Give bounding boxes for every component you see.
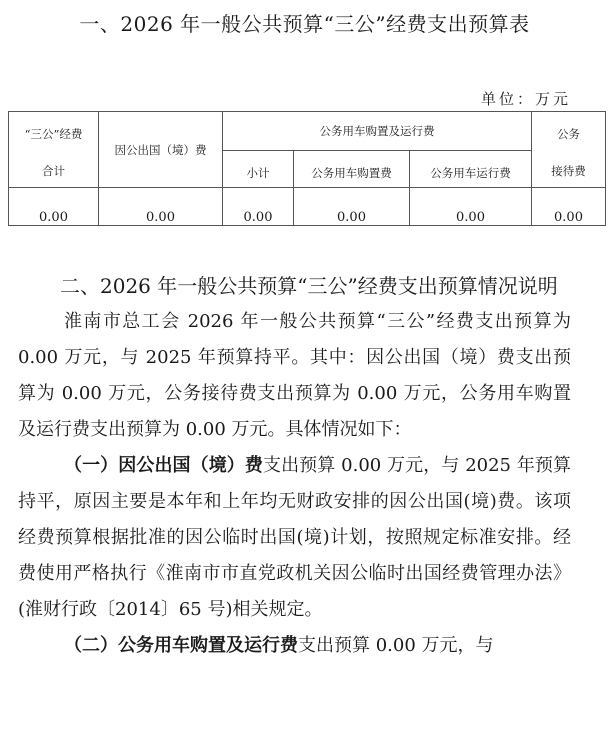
summary-paragraph: 淮南市总工会 2026 年一般公共预算“三公”经费支出预算为 0.00 万元，与… — [0, 304, 609, 448]
header-vehicle-subtotal: 小计 — [223, 150, 294, 188]
header-reception-line2: 接待费 — [532, 163, 605, 179]
cell-abroad: 0.00 — [99, 188, 223, 226]
cell-reception: 0.00 — [532, 188, 606, 226]
header-total-line2: 合计 — [9, 163, 98, 179]
header-vehicle-operation: 公务用车运行费 — [410, 150, 532, 188]
section-title: 二、2026 年一般公共预算“三公”经费支出预算情况说明 — [60, 268, 609, 304]
table-title: 一、2026 年一般公共预算“三公”经费支出预算表 — [0, 8, 609, 37]
header-reception-line1: 公务 — [532, 126, 605, 142]
item1-paragraph: （一）因公出国（境）费支出预算 0.00 万元，与 2025 年预算持平，原因主… — [0, 448, 609, 628]
item1-text: 支出预算 0.00 万元，与 2025 年预算持平，原因主要是本年和上年均无财政… — [18, 455, 571, 620]
unit-label: 单位：万元 — [481, 88, 571, 109]
cell-total: 0.00 — [9, 188, 99, 226]
header-total: “三公”经费 合计 — [9, 112, 99, 188]
table-row: 0.00 0.00 0.00 0.00 0.00 0.00 — [9, 188, 606, 226]
explanation-section: 二、2026 年一般公共预算“三公”经费支出预算情况说明 淮南市总工会 2026… — [0, 268, 609, 664]
header-vehicle-group: 公务用车购置及运行费 — [223, 112, 532, 151]
cell-operation: 0.00 — [410, 188, 532, 226]
item2-paragraph: （二）公务用车购置及运行费支出预算 0.00 万元，与 — [0, 628, 609, 664]
cell-purchase: 0.00 — [294, 188, 410, 226]
item2-text: 支出预算 0.00 万元，与 — [298, 635, 494, 656]
three-public-expense-table: “三公”经费 合计 因公出国（境）费 公务用车购置及运行费 公务 接待费 小计 … — [8, 111, 606, 226]
item2-heading: （二）公务用车购置及运行费 — [64, 635, 298, 656]
cell-subtotal: 0.00 — [223, 188, 294, 226]
header-vehicle-purchase: 公务用车购置费 — [294, 150, 410, 188]
header-reception: 公务 接待费 — [532, 112, 606, 188]
header-total-line1: “三公”经费 — [9, 126, 98, 142]
header-abroad: 因公出国（境）费 — [99, 112, 223, 188]
item1-heading: （一）因公出国（境）费 — [64, 455, 263, 476]
